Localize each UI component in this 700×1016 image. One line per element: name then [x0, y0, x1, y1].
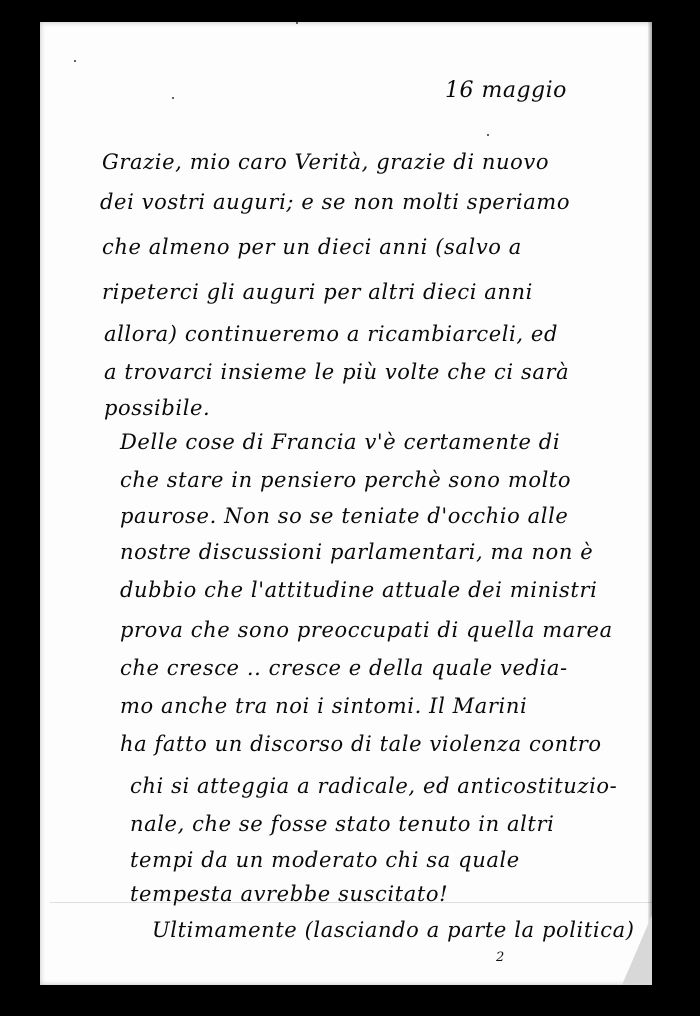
letter-page: 16 maggio Grazie, mio caro Verità, grazi… [40, 22, 652, 985]
letter-line: Delle cose di Francia v'è certamente di [120, 430, 560, 454]
letter-line: mo anche tra noi i sintomi. Il Marini [120, 694, 527, 718]
letter-line: che almeno per un dieci anni (salvo a [102, 235, 522, 259]
letter-line: che cresce .. cresce e della quale vedia… [120, 656, 568, 680]
letter-line: ripeterci gli auguri per altri dieci ann… [102, 280, 533, 304]
letter-line: che stare in pensiero perchè sono molto [120, 468, 571, 492]
letter-line: ha fatto un discorso di tale violenza co… [120, 732, 602, 756]
letter-line: prova che sono preoccupati di quella mar… [120, 618, 613, 642]
letter-line: nostre discussioni parlamentari, ma non … [120, 540, 593, 564]
scan-background: 16 maggio Grazie, mio caro Verità, grazi… [0, 0, 700, 1016]
letter-line: allora) continueremo a ricambiarceli, ed [104, 322, 558, 346]
letter-line: Ultimamente (lasciando a parte la politi… [152, 918, 635, 942]
letter-line: tempi da un moderato chi sa quale [130, 848, 520, 872]
letter-line: paurose. Non so se teniate d'occhio alle [120, 504, 568, 528]
letter-line: a trovarci insieme le più volte che ci s… [104, 360, 569, 384]
letter-line: possibile. [104, 396, 210, 420]
letter-line: dubbio che l'attitudine attuale dei mini… [120, 578, 597, 602]
letter-line: nale, che se fosse stato tenuto in altri [130, 812, 554, 836]
page-number: 2 [496, 950, 504, 965]
letter-line: tempesta avrebbe suscitato! [130, 882, 448, 906]
letter-line: chi si atteggia a radicale, ed anticosti… [130, 774, 617, 798]
letter-line: dei vostri auguri; e se non molti speria… [100, 190, 570, 214]
letter-body: Grazie, mio caro Verità, grazie di nuovo… [40, 22, 652, 985]
letter-line: Grazie, mio caro Verità, grazie di nuovo [102, 150, 549, 174]
